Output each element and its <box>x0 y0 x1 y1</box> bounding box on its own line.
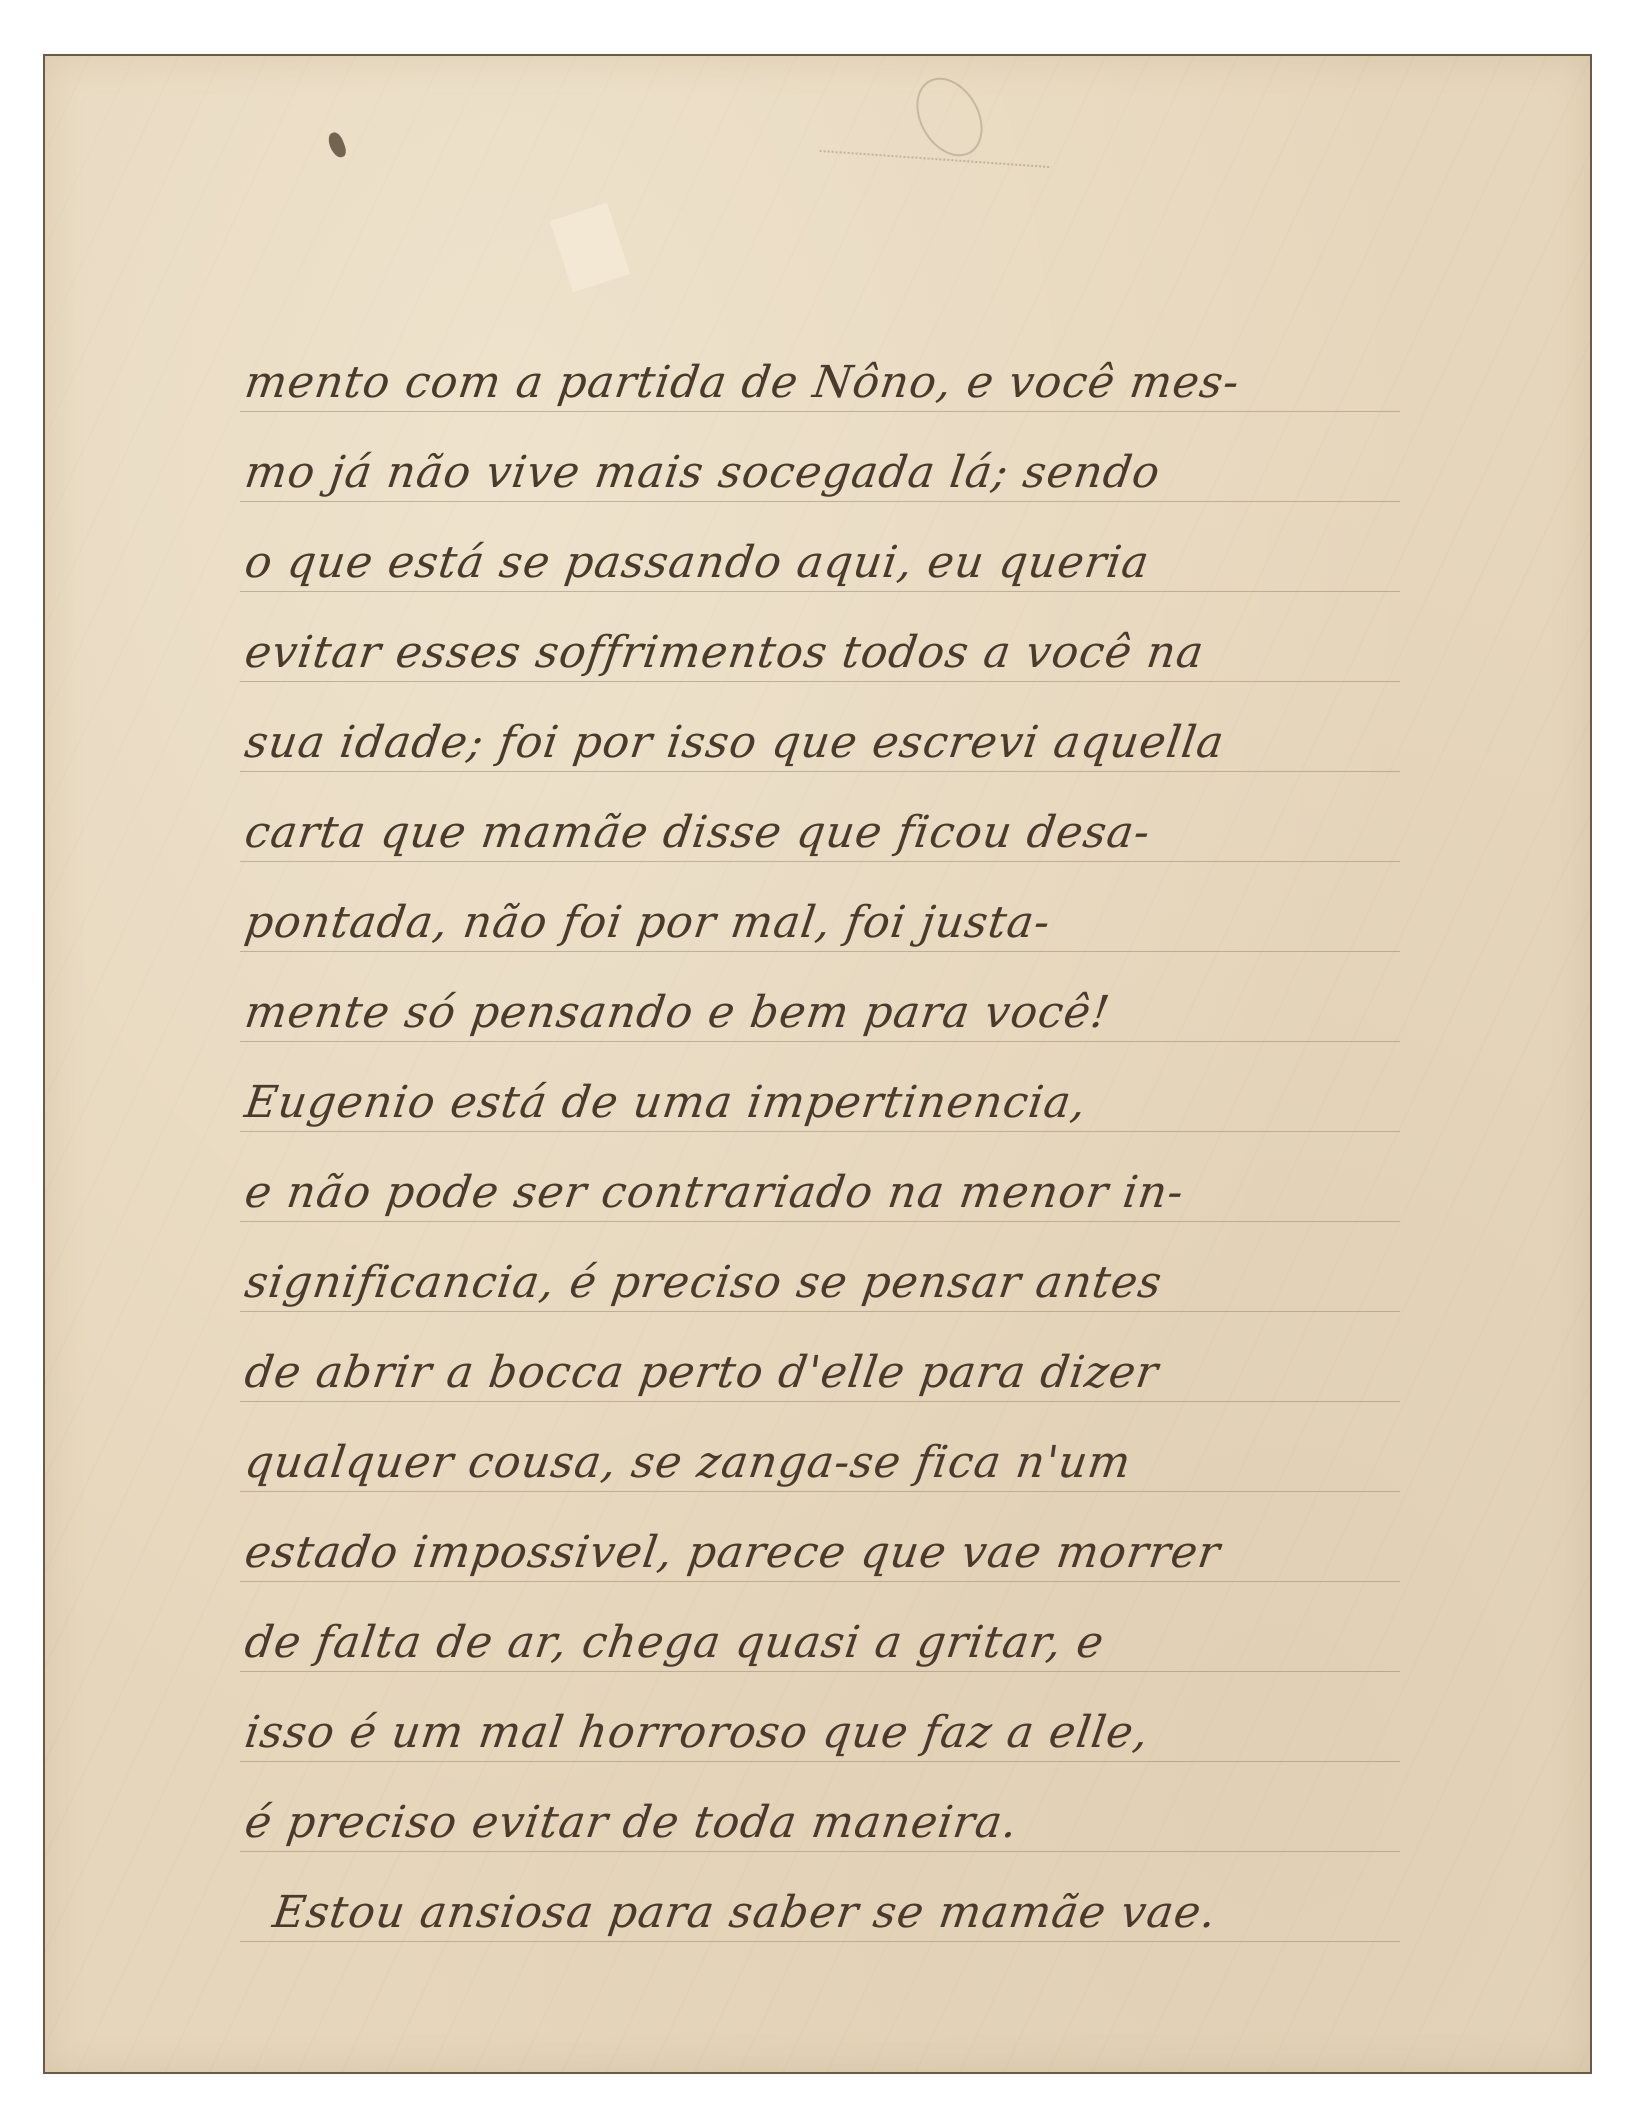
letter-line: mo já não vive mais socegada lá; sendo <box>240 420 1400 510</box>
letter-line: o que está se passando aqui, eu queria <box>240 510 1400 600</box>
line-text: mento com a partida de Nôno, e você mes- <box>240 357 1243 420</box>
line-text: evitar esses soffrimentos todos a você n… <box>240 627 1207 690</box>
letter-line: e não pode ser contrariado na menor in- <box>240 1140 1400 1230</box>
letter-line: carta que mamãe disse que ficou desa- <box>240 780 1400 870</box>
letter-line: é preciso evitar de toda maneira. <box>240 1770 1400 1860</box>
letter-line: sua idade; foi por isso que escrevi aque… <box>240 690 1400 780</box>
line-text: de abrir a bocca perto d'elle para dizer <box>240 1347 1162 1410</box>
line-text: é preciso evitar de toda maneira. <box>240 1797 1021 1860</box>
line-text: isso é um mal horroroso que faz a elle, <box>240 1707 1152 1770</box>
letter-line: de abrir a bocca perto d'elle para dizer <box>240 1320 1400 1410</box>
line-text: qualquer cousa, se zanga-se fica n'um <box>240 1437 1134 1500</box>
line-text: significancia, é preciso se pensar antes <box>240 1257 1165 1320</box>
letter-line: Eugenio está de uma impertinencia, <box>240 1050 1400 1140</box>
letter-body: mento com a partida de Nôno, e você mes-… <box>240 330 1400 1950</box>
line-text: estado impossivel, parece que vae morrer <box>240 1527 1224 1590</box>
line-text: carta que mamãe disse que ficou desa- <box>240 807 1154 870</box>
letter-line: pontada, não foi por mal, foi justa- <box>240 870 1400 960</box>
letter-line: mento com a partida de Nôno, e você mes- <box>240 330 1400 420</box>
line-text: e não pode ser contrariado na menor in- <box>240 1167 1187 1230</box>
letter-line: mente só pensando e bem para você! <box>240 960 1400 1050</box>
letter-line: isso é um mal horroroso que faz a elle, <box>240 1680 1400 1770</box>
letter-line: Estou ansiosa para saber se mamãe vae. <box>240 1860 1400 1950</box>
letter-line: evitar esses soffrimentos todos a você n… <box>240 600 1400 690</box>
letter-line: significancia, é preciso se pensar antes <box>240 1230 1400 1320</box>
letter-line: estado impossivel, parece que vae morrer <box>240 1500 1400 1590</box>
letter-line: de falta de ar, chega quasi a gritar, e <box>240 1590 1400 1680</box>
line-text: de falta de ar, chega quasi a gritar, e <box>240 1617 1108 1680</box>
line-text: Estou ansiosa para saber se mamãe vae. <box>240 1887 1220 1950</box>
line-text: Eugenio está de uma impertinencia, <box>240 1077 1090 1140</box>
line-text: mente só pensando e bem para você! <box>240 987 1113 1050</box>
line-text: mo já não vive mais socegada lá; sendo <box>240 447 1164 510</box>
line-text: sua idade; foi por isso que escrevi aque… <box>240 717 1228 780</box>
line-text: o que está se passando aqui, eu queria <box>240 537 1153 600</box>
letter-line: qualquer cousa, se zanga-se fica n'um <box>240 1410 1400 1500</box>
line-text: pontada, não foi por mal, foi justa- <box>240 897 1054 960</box>
